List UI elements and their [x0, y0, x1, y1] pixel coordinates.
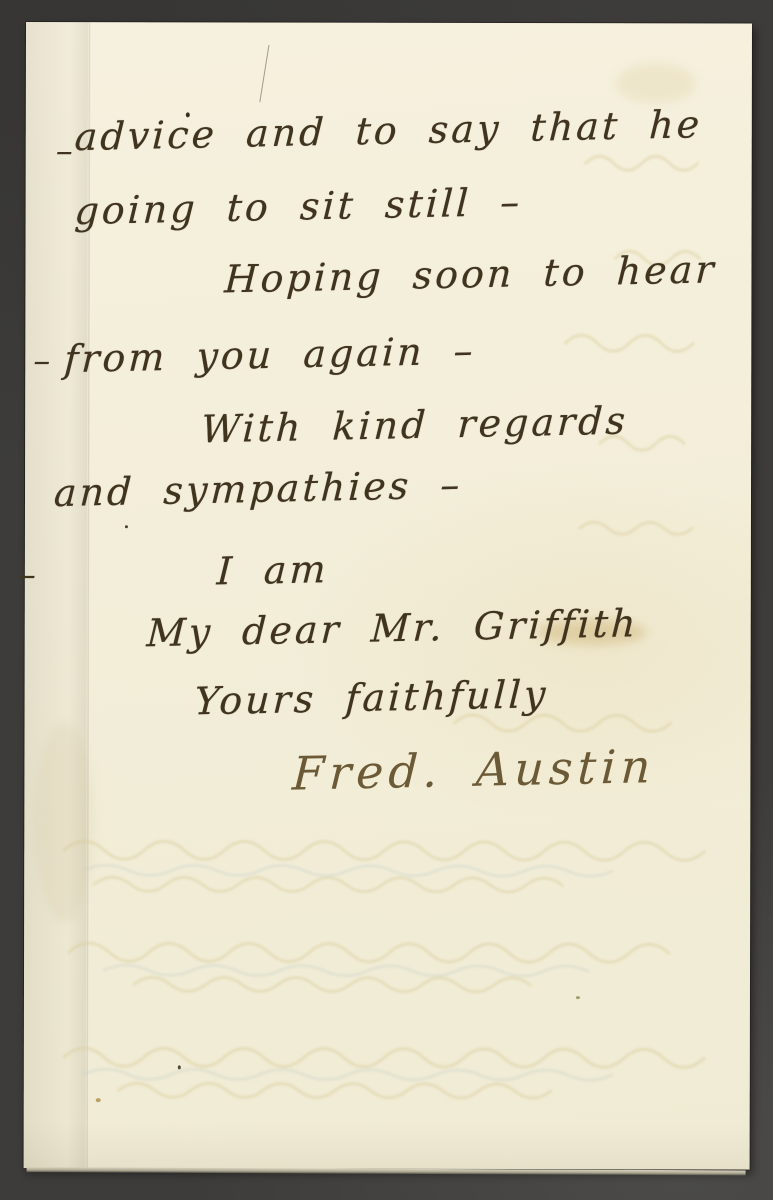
margin-continuation-mark: –: [33, 344, 50, 378]
faint-pencil-mark: [259, 45, 269, 102]
paper-stain: [616, 63, 696, 103]
letter-line: I am: [216, 550, 330, 590]
paper-speck: [96, 1098, 101, 1102]
letter-page: – – – advice and to say that he going to…: [24, 22, 752, 1170]
paper-stain: [34, 722, 94, 922]
paper-speck: [576, 996, 580, 999]
ink-speck: [178, 1065, 181, 1069]
letter-line: and sympathies –: [53, 466, 463, 512]
letter-line: My dear Mr. Griffith: [146, 604, 640, 652]
margin-continuation-mark: –: [19, 558, 36, 592]
letter-line: from you again –: [63, 332, 476, 379]
letter-line: Hoping soon to hear: [224, 250, 718, 298]
letter-line: Yours faithfully: [194, 675, 550, 720]
letter-line: going to sit still –: [74, 183, 524, 230]
letter-signature: Fred. Austin: [291, 743, 656, 797]
ink-speck: [125, 525, 128, 528]
scan-background: – – – advice and to say that he going to…: [0, 0, 773, 1200]
letter-line: advice and to say that he: [74, 105, 703, 156]
letter-line: With kind regards: [200, 402, 629, 449]
bottom-edge-shading: [24, 1122, 750, 1170]
margin-continuation-mark: –: [56, 134, 73, 168]
